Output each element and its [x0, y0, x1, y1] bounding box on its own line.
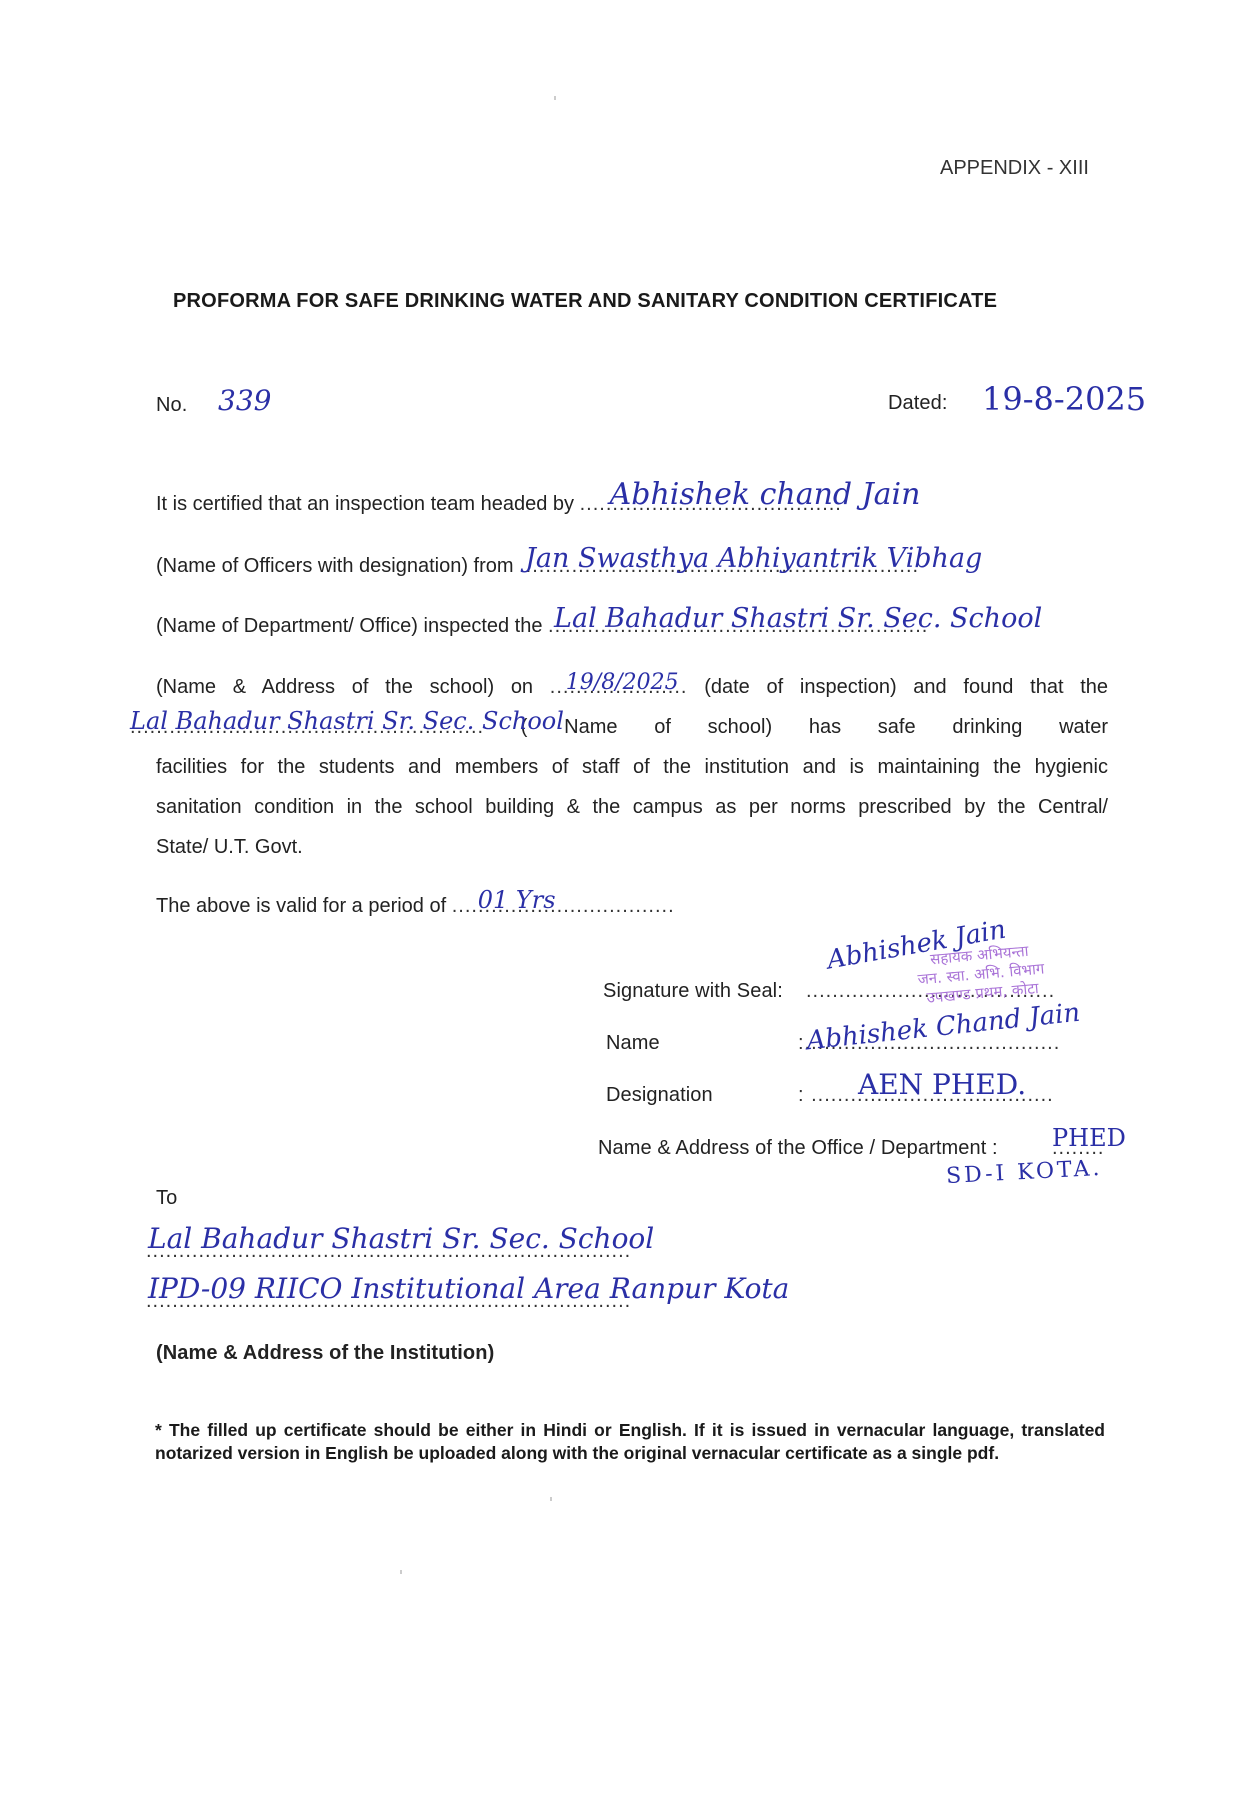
body-line-department: (Name of Department/ Office) inspected t… [156, 615, 1108, 638]
team-head-name: Abhishek chand Jain [610, 477, 921, 512]
school-name: Lal Bahadur Shastri Sr. Sec. School [130, 707, 564, 735]
line1-text: It is certified that an inspection team … [156, 493, 574, 515]
body-line-school-name: ........................................… [130, 716, 1108, 739]
body-line-date: (Name & Address of the school) on ......… [156, 676, 1108, 699]
scan-speck [554, 96, 556, 100]
footnote: * The filled up certificate should be ei… [155, 1419, 1105, 1465]
inspected-school-name: Lal Bahadur Shastri Sr. Sec. School [554, 603, 1042, 634]
office-name: PHED [1052, 1124, 1126, 1152]
inspection-date: 19/8/2025 [566, 670, 679, 695]
body-line-govt: State/ U.T. Govt. [156, 836, 1108, 859]
line5-suffix: ( Name of school) has safe drinking wate… [521, 716, 1108, 738]
signature-seal-label: Signature with Seal: [603, 980, 783, 1003]
scan-speck [550, 1497, 552, 1501]
to-label: To [156, 1187, 177, 1210]
validity-period: 01 Yrs [478, 886, 556, 914]
office-label: Name & Address of the Office / Departmen… [598, 1137, 998, 1160]
line4-text: (Name & Address of the school) on [156, 676, 533, 698]
appendix-label: APPENDIX - XIII [940, 157, 1089, 180]
department-name: Jan Swasthya Abhiyantrik Vibhag [525, 543, 982, 574]
line4-suffix: (date of inspection) and found that the [704, 676, 1108, 698]
body-line-officers: (Name of Officers with designation) from… [156, 555, 1108, 578]
scan-speck [400, 1570, 402, 1574]
recipient-address-line-1: Lal Bahadur Shastri Sr. Sec. School [148, 1222, 654, 1255]
recipient-address-line-2: IPD-09 RIICO Institutional Area Ranpur K… [148, 1272, 789, 1305]
dated-label: Dated: [888, 392, 948, 415]
body-line-sanitation: sanitation condition in the school build… [156, 796, 1108, 819]
number-label: No. [156, 394, 187, 417]
designation-label: Designation [606, 1084, 713, 1107]
line3-text: (Name of Department/ Office) inspected t… [156, 615, 542, 637]
body-line-inspection-team: It is certified that an inspection team … [156, 493, 1108, 516]
validity-line: The above is valid for a period of .....… [156, 895, 1108, 918]
name-label: Name [606, 1032, 660, 1055]
office-address: SD-I KOTA. [945, 1156, 1103, 1189]
certificate-title: PROFORMA FOR SAFE DRINKING WATER AND SAN… [173, 290, 997, 313]
validity-text: The above is valid for a period of [156, 895, 446, 917]
dated-value: 19-8-2025 [982, 380, 1146, 418]
certificate-number: 339 [218, 384, 271, 417]
body-line-facilities: facilities for the students and members … [156, 756, 1108, 779]
institution-caption: (Name & Address of the Institution) [156, 1342, 494, 1365]
line2-text: (Name of Officers with designation) from [156, 555, 514, 577]
signatory-designation: AEN PHED. [858, 1068, 1026, 1101]
